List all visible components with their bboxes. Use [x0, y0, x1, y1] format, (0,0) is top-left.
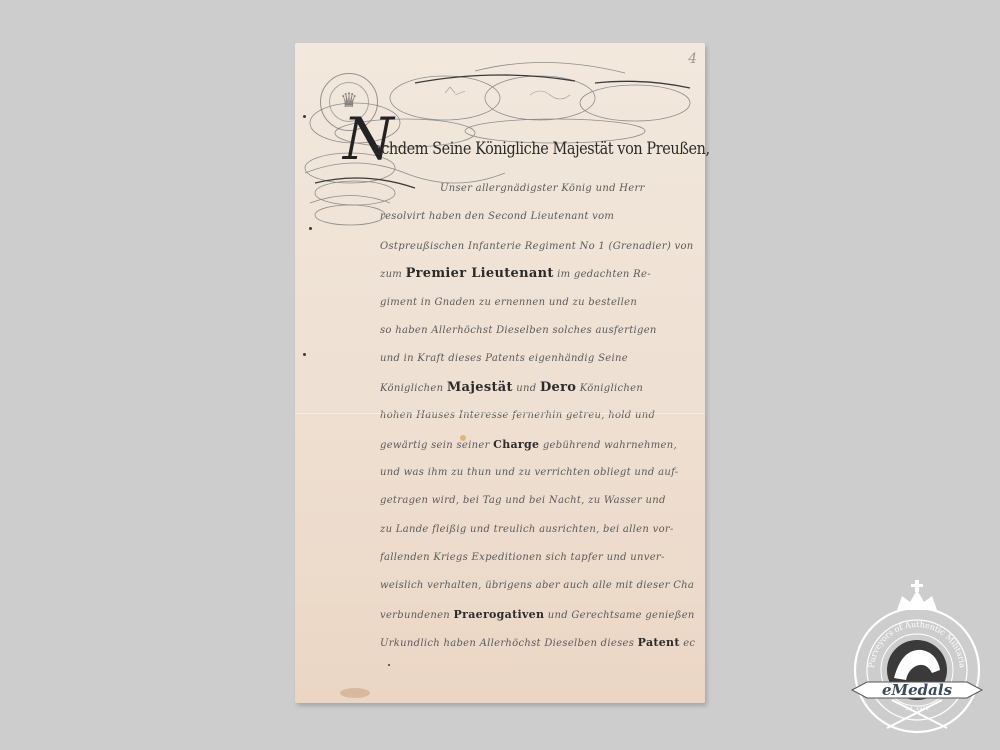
document-heading: achdem Seine Königliche Majestät von Pre…	[373, 139, 654, 159]
document-body: Unser allergnädigster König und Herr res…	[380, 175, 695, 658]
ink-dot	[309, 227, 312, 230]
ink-dot	[303, 115, 306, 118]
body-line: weislich verhalten, übrigens aber auch a…	[380, 572, 695, 600]
emedals-watermark-logo: eMedals Est. 1991 Purveyors of Authentic…	[842, 578, 992, 743]
ink-dot	[303, 353, 306, 356]
dero-emphasis: Dero	[540, 380, 576, 395]
rank-emphasis: Premier Lieutenant	[406, 266, 554, 281]
charge-emphasis: Charge	[493, 438, 539, 451]
body-line: gewärtig sein seiner Charge gebührend wa…	[380, 431, 695, 459]
body-line: Urkundlich haben Allerhöchst Dieselben d…	[380, 629, 695, 657]
body-line: und was ihm zu thun und zu verrichten ob…	[380, 459, 695, 487]
body-line: resolvirt haben den Second Lieutenant vo…	[380, 203, 695, 231]
page-number: 4	[688, 51, 697, 67]
body-line: getragen wird, bei Tag und bei Nacht, zu…	[380, 487, 695, 515]
paper-stain	[460, 435, 466, 441]
praerogativen-emphasis: Praerogativen	[454, 608, 545, 621]
paper-fold-line	[295, 413, 705, 414]
body-line: verbundenen Praerogativen und Gerechtsam…	[380, 601, 695, 629]
body-line: giment in Gnaden zu ernennen und zu best…	[380, 289, 695, 317]
body-line: hohen Hauses Interesse fernerhin getreu,…	[380, 402, 695, 430]
body-line: fallenden Kriegs Expeditionen sich tapfe…	[380, 544, 695, 572]
majestat-emphasis: Majestät	[447, 380, 513, 395]
patent-emphasis: Patent	[638, 636, 680, 649]
ink-dot	[388, 664, 390, 666]
paper-stain	[340, 688, 370, 698]
body-line: zu Lande fleißig und treulich ausrichten…	[380, 516, 695, 544]
body-line: Ostpreußischen Infanterie Regiment No 1 …	[380, 232, 695, 260]
body-line: Königlichen Majestät und Dero Königliche…	[380, 374, 695, 402]
document-paper: 4 ♛ N achdem Seine Königliche Majestät v…	[295, 43, 705, 703]
body-line: so haben Allerhöchst Dieselben solches a…	[380, 317, 695, 345]
logo-brand-text: eMedals	[882, 681, 953, 699]
body-line: und in Kraft dieses Patents eigenhändig …	[380, 345, 695, 373]
body-line: Unser allergnädigster König und Herr	[380, 175, 695, 203]
body-line: zum Premier Lieutenant im gedachten Re-	[380, 260, 695, 288]
